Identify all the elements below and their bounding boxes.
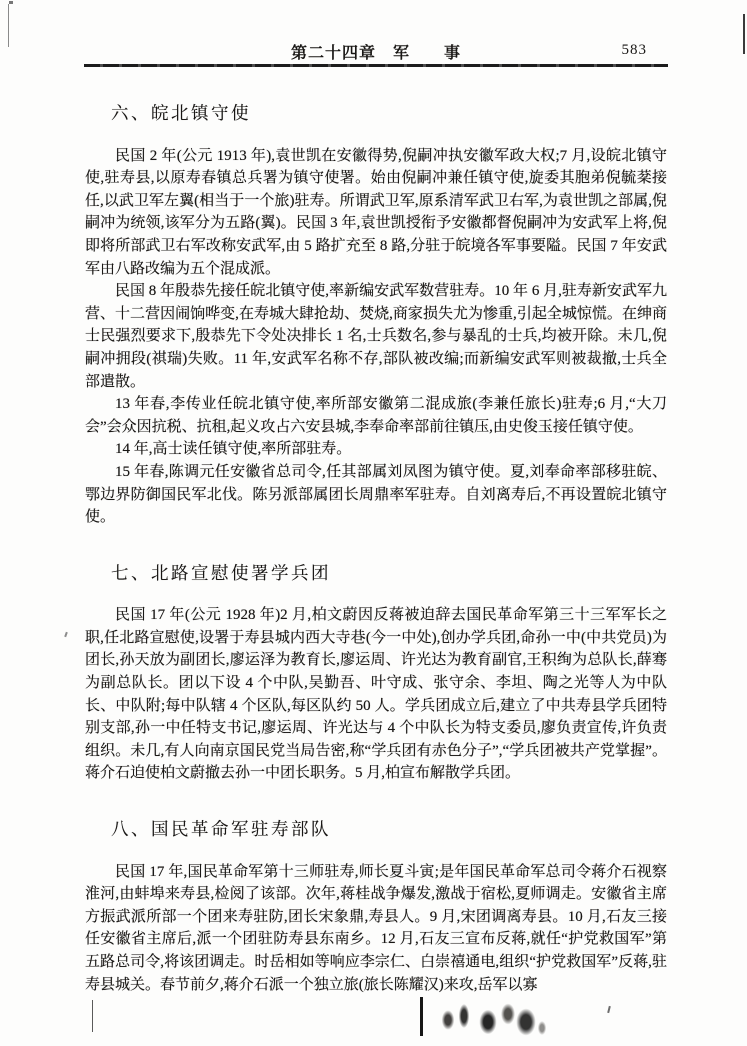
header-rule (84, 64, 668, 67)
section-7-body: 民国 17 年(公元 1928 年)2 月,柏文蔚因反蒋被迫辞去国民革命军第三十… (85, 604, 667, 785)
paragraph: 民国 17 年,国民革命军第十三师驻寿,师长夏斗寅;是年国民革命军总司令蒋介石视… (85, 861, 667, 997)
scan-artifact-bottom-left-line (92, 1000, 93, 1032)
scan-artifact-left-edge-line (8, 4, 9, 47)
paragraph: 14 年,高士读任镇守使,率所部驻寿。 (85, 438, 667, 461)
scan-artifact-bottom-smudge (430, 998, 555, 1040)
section-heading-8: 八、国民革命军驻寿部队 (111, 818, 667, 841)
scan-artifact-bottom-bar (420, 997, 423, 1036)
scan-artifact-right-edge-line (743, 14, 745, 54)
paragraph: 15 年春,陈调元任安徽省总司令,任其部属刘凤图为镇守使。夏,刘奉命率部移驻皖、… (85, 461, 667, 529)
section-6-body: 民国 2 年(公元 1913 年),袁世凯在安徽得势,倪嗣冲执安徽军政大权;7 … (85, 145, 667, 529)
paragraph: 民国 17 年(公元 1928 年)2 月,柏文蔚因反蒋被迫辞去国民革命军第三十… (85, 604, 667, 785)
page-header: 第二十四章 军 事 583 (85, 40, 667, 64)
paragraph: 民国 8 年殷恭先接任皖北镇守使,率新编安武军数营驻寿。10 年 6 月,驻寿新… (85, 280, 667, 393)
paragraph: 民国 2 年(公元 1913 年),袁世凯在安徽得势,倪嗣冲执安徽军政大权;7 … (85, 145, 667, 281)
section-heading-7: 七、北路宣慰使署学兵团 (111, 562, 667, 585)
scan-artifact-speck (607, 1006, 611, 1013)
paragraph: 13 年春,李传业任皖北镇守使,率所部安徽第二混成旅(李兼任旅长)驻寿;6 月,… (85, 393, 667, 438)
section-heading-6: 六、皖北镇守使 (111, 102, 667, 125)
scan-artifact-speck (64, 632, 68, 637)
scan-artifact-topleft-tick (9, 1, 13, 4)
page-content: 六、皖北镇守使 民国 2 年(公元 1913 年),袁世凯在安徽得势,倪嗣冲执安… (85, 92, 667, 996)
section-8-body: 民国 17 年,国民革命军第十三师驻寿,师长夏斗寅;是年国民革命军总司令蒋介石视… (85, 861, 667, 997)
chapter-title: 第二十四章 军 事 (85, 40, 667, 63)
page-number: 583 (622, 42, 648, 59)
scanned-book-page: 第二十四章 军 事 583 六、皖北镇守使 民国 2 年(公元 1913 年),… (0, 0, 747, 1046)
